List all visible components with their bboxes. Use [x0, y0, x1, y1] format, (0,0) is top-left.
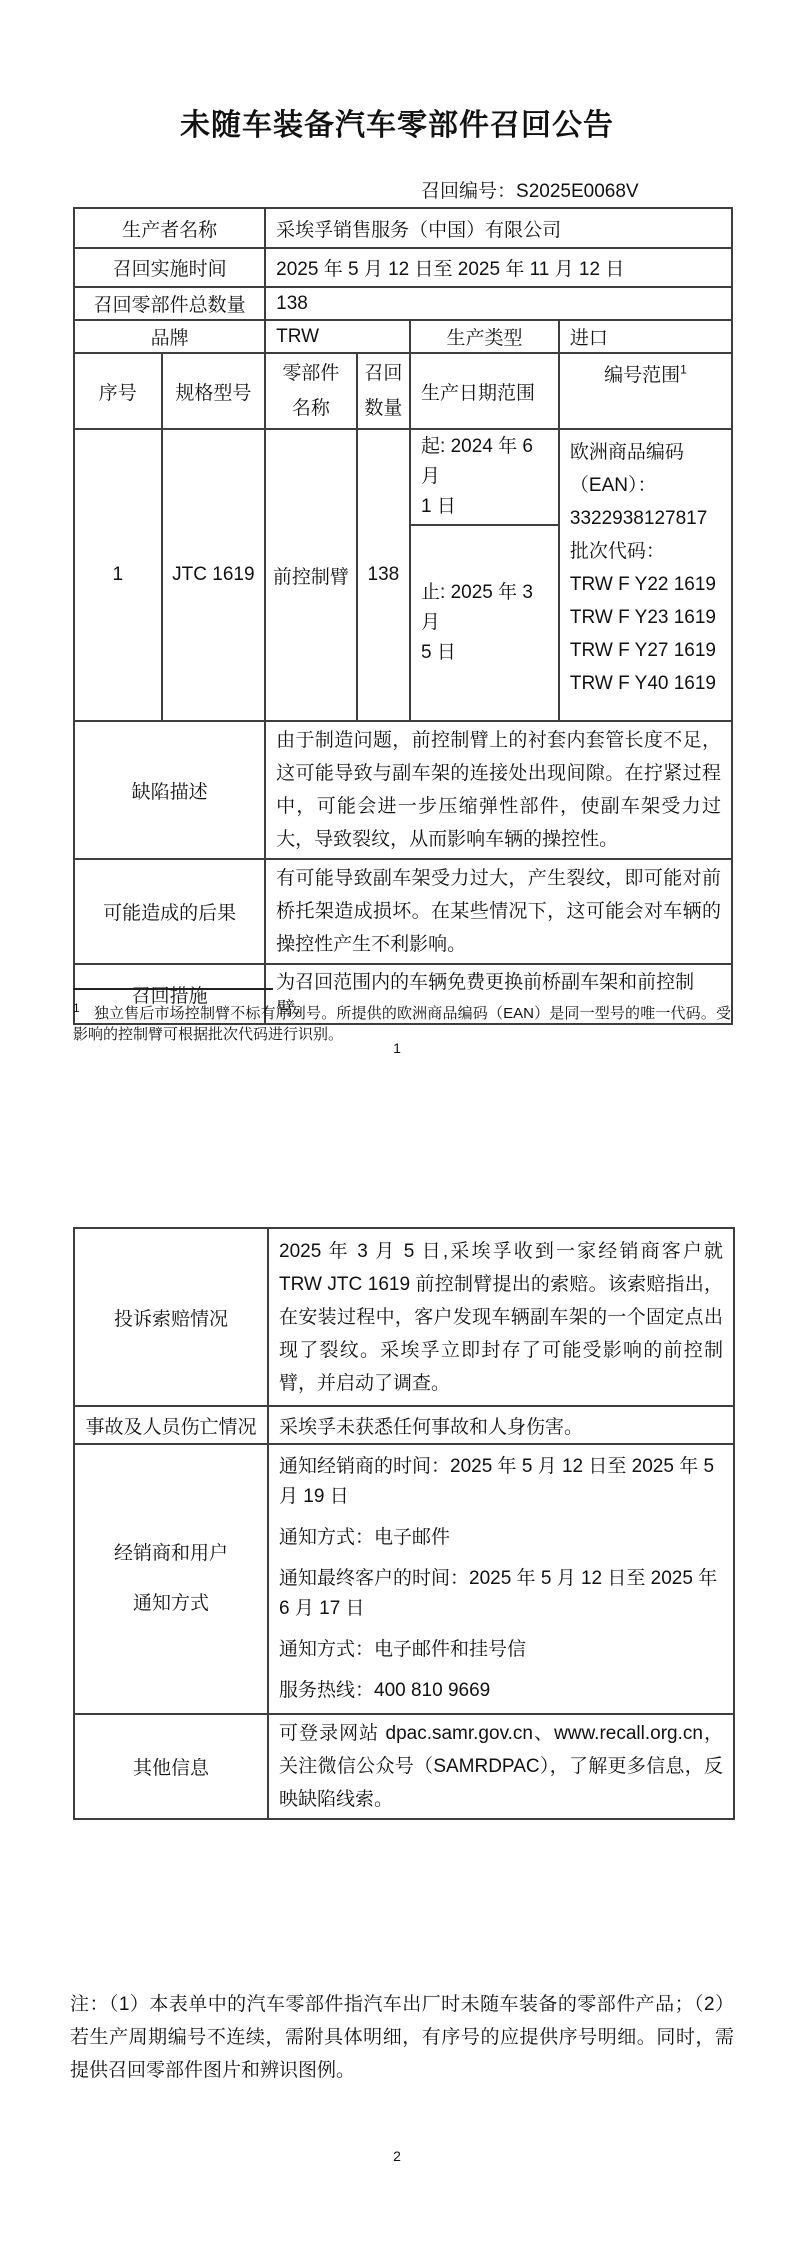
header-qty-cell: 召回 数量: [357, 353, 410, 429]
footnote-divider: [73, 988, 273, 990]
accident-value-cell: 采埃孚未获悉任何事故和人身伤害。: [268, 1406, 734, 1444]
period-label-cell: 召回实施时间: [74, 248, 265, 287]
consequence-value-cell: 有可能导致副车架受力过大，产生裂纹，即可能对前桥托架造成损坏。在某些情况下，这可…: [265, 859, 732, 964]
producer-value-cell: 采埃孚销售服务（中国）有限公司: [265, 208, 732, 248]
header-seq-cell: 序号: [74, 353, 162, 429]
notify-label-cell: 经销商和用户 通知方式: [74, 1444, 268, 1714]
notify-line: 通知方式：电子邮件和挂号信: [279, 1635, 723, 1665]
accident-label-cell: 事故及人员伤亡情况: [74, 1406, 268, 1444]
row-number-range-cell: 欧洲商品编码 （EAN）： 3322938127817 批次代码： TRW F …: [559, 429, 732, 721]
notify-line: 服务热线：400 810 9669: [279, 1676, 723, 1706]
complaint-label-cell: 投诉索赔情况: [74, 1228, 268, 1406]
page-title: 未随车装备汽车零部件召回公告: [0, 100, 794, 144]
row-seq-cell: 1: [74, 429, 162, 721]
recall-detail-table: 投诉索赔情况 2025 年 3 月 5 日,采埃孚收到一家经销商客户就 TRW …: [73, 1227, 735, 1820]
notify-value-cell: 通知经销商的时间：2025 年 5 月 12 日至 2025 年 5 月 19 …: [268, 1444, 734, 1714]
production-type-value-cell: 进口: [559, 320, 732, 353]
notify-line: 通知最终客户的时间：2025 年 5 月 12 日至 2025 年 6 月 17…: [279, 1564, 723, 1624]
row-date-end-cell: 止: 2025 年 3 月 5 日: [410, 525, 559, 721]
page-number-1: 1: [0, 1040, 794, 1056]
producer-label-cell: 生产者名称: [74, 208, 265, 248]
header-date-range-cell: 生产日期范围: [410, 353, 559, 429]
footnote-marker: 1: [73, 1001, 80, 1015]
header-model-cell: 规格型号: [162, 353, 266, 429]
header-number-range-cell: 编号范围1: [559, 353, 732, 429]
brand-label-cell: 品牌: [74, 320, 265, 353]
brand-value-cell: TRW: [265, 320, 410, 353]
defect-label-cell: 缺陷描述: [74, 721, 265, 859]
defect-value-cell: 由于制造问题，前控制臂上的衬套内套管长度不足，这可能导致与副车架的连接处出现间隙…: [265, 721, 732, 859]
row-part-name-cell: 前控制臂: [265, 429, 357, 721]
footnote: 1独立售后市场控制臂不标有序列号。所提供的欧洲商品编码（EAN）是同一型号的唯一…: [73, 998, 731, 1045]
footnote-text: 独立售后市场控制臂不标有序列号。所提供的欧洲商品编码（EAN）是同一型号的唯一代…: [73, 1005, 731, 1043]
recall-number-value: S2025E0068V: [516, 181, 639, 202]
row-model-cell: JTC 1619: [162, 429, 266, 721]
page-number-2: 2: [0, 2148, 794, 2164]
notify-line: 通知方式：电子邮件: [279, 1523, 723, 1553]
period-value-cell: 2025 年 5 月 12 日至 2025 年 11 月 12 日: [265, 248, 732, 287]
consequence-label-cell: 可能造成的后果: [74, 859, 265, 964]
row-date-start-cell: 起: 2024 年 6 月 1 日: [410, 429, 559, 525]
header-part-name-cell: 零部件 名称: [265, 353, 357, 429]
header-number-range-label: 编号范围: [604, 365, 680, 386]
total-value-cell: 138: [265, 287, 732, 320]
recall-info-table: 生产者名称 采埃孚销售服务（中国）有限公司 召回实施时间 2025 年 5 月 …: [73, 207, 733, 1025]
other-info-value-cell: 可登录网站 dpac.samr.gov.cn、www.recall.org.cn…: [268, 1714, 734, 1819]
bottom-note: 注：（1）本表单中的汽车零部件指汽车出厂时未随车装备的零部件产品；（2）若生产周…: [70, 1988, 734, 2087]
document-page: 未随车装备汽车零部件召回公告 召回编号：S2025E0068V 生产者名称 采埃…: [0, 0, 794, 2244]
footnote-reference: 1: [680, 363, 687, 377]
production-type-label-cell: 生产类型: [410, 320, 559, 353]
total-label-cell: 召回零部件总数量: [74, 287, 265, 320]
complaint-value-cell: 2025 年 3 月 5 日,采埃孚收到一家经销商客户就 TRW JTC 161…: [268, 1228, 734, 1406]
other-info-label-cell: 其他信息: [74, 1714, 268, 1819]
recall-number: 召回编号：S2025E0068V: [421, 176, 639, 203]
notify-line: 通知经销商的时间：2025 年 5 月 12 日至 2025 年 5 月 19 …: [279, 1452, 723, 1512]
recall-number-label: 召回编号：: [421, 181, 516, 202]
row-qty-cell: 138: [357, 429, 410, 721]
